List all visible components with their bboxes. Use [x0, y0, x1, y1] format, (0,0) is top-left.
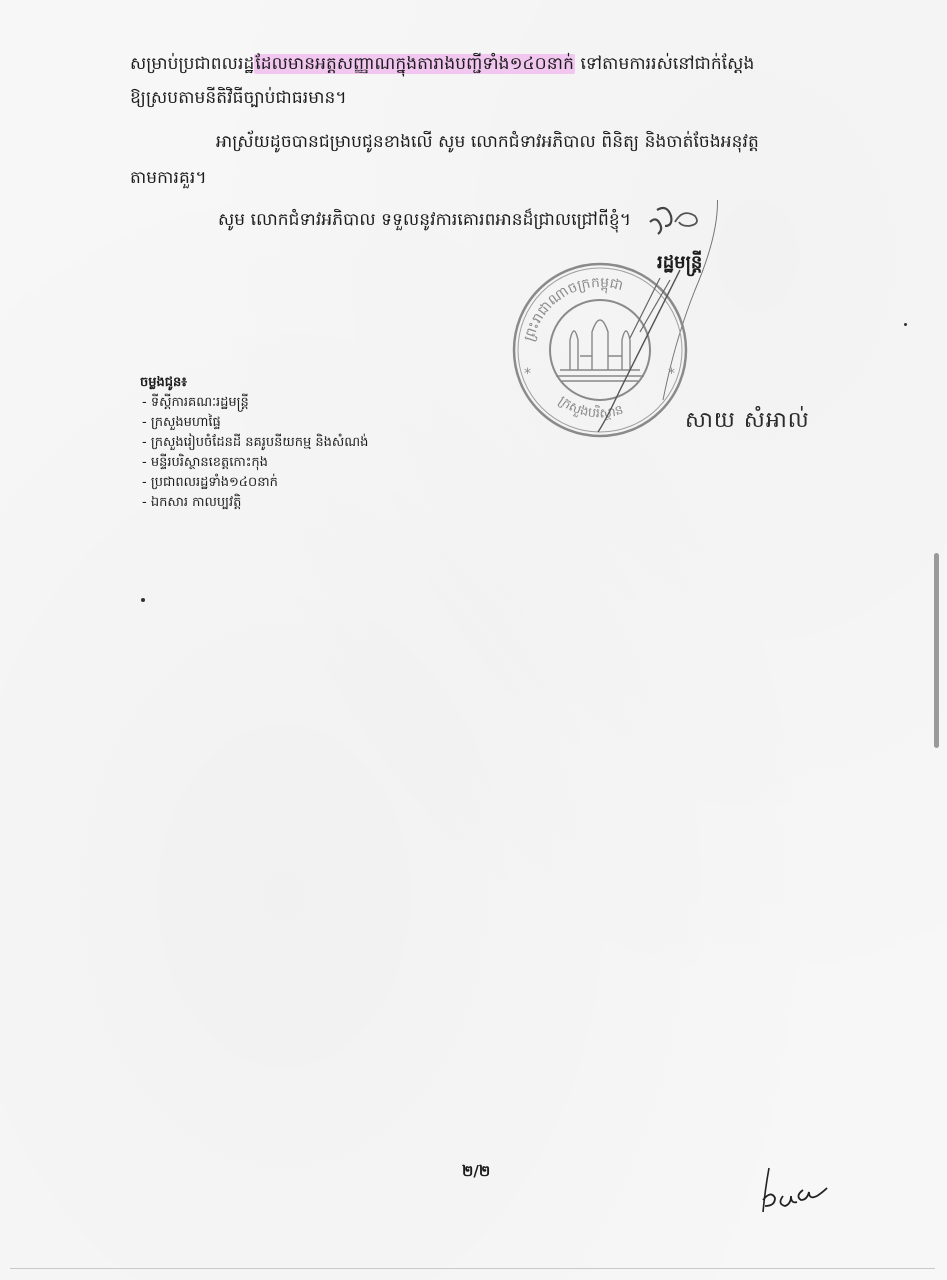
- closing-salutation: សូម លោកជំទាវអភិបាល ទទួលនូវការគោរពអានដ៏ជ្…: [218, 208, 631, 232]
- svg-text:*: *: [668, 366, 675, 382]
- paragraph-1-line-1: សម្រាប់ប្រជាពលរដ្ឋដែលមានអត្តសញ្ញាណក្នុងត…: [130, 52, 754, 76]
- scan-speck: [141, 598, 145, 602]
- scan-speck: [904, 323, 907, 326]
- paragraph-1-line-2: ឱ្យស្របតាមនីតិវិធីច្បាប់ជាធរមាន។: [130, 86, 347, 110]
- cc-list: ចម្លងជូន៖ - ទីស្តីការគណៈរដ្ឋមន្ត្រី - ក្…: [140, 373, 368, 513]
- cc-item: - មន្ទីរបរិស្ថានខេត្តកោះកុង: [140, 453, 368, 473]
- page-number: ២/២: [462, 1162, 490, 1184]
- svg-text:*: *: [524, 366, 531, 382]
- handwritten-initials-icon: [755, 1160, 845, 1220]
- text-segment: សម្រាប់ប្រជាពលរដ្ឋ: [130, 54, 254, 74]
- temple-emblem-icon: [556, 320, 644, 381]
- signatory-name: សាយ សំអាល់: [685, 406, 810, 438]
- vertical-scrollbar-thumb[interactable]: [934, 553, 939, 748]
- paragraph-2-line-2: តាមការគួរ។: [130, 166, 207, 190]
- document-page: សម្រាប់ប្រជាពលរដ្ឋដែលមានអត្តសញ្ញាណក្នុងត…: [0, 0, 947, 1280]
- cc-item: - ក្រសួងរៀបចំដែនដី នគរូបនីយកម្ម និងសំណង់: [140, 433, 368, 453]
- cc-title: ចម្លងជូន៖: [140, 373, 368, 393]
- page-bottom-edge: [10, 1268, 935, 1269]
- highlighted-text: ដែលមានអត្តសញ្ញាណក្នុងតារាងបញ្ជីទាំង១៤០នា…: [254, 54, 575, 74]
- cc-item: - ប្រជាពលរដ្ឋទាំង១៤០នាក់: [140, 473, 368, 493]
- cc-item: - ទីស្តីការគណៈរដ្ឋមន្ត្រី: [140, 393, 368, 413]
- cc-item: - ក្រសួងមហាផ្ទៃ: [140, 413, 368, 433]
- official-seal-icon: ព្រះរាជាណាចក្រកម្ពុជា ក្រសួងបរិស្ថាន * *: [510, 260, 690, 440]
- cc-item: - ឯកសារ កាលប្បវត្តិ: [140, 493, 368, 513]
- paragraph-2-line-1: អាស្រ័យដូចបានជម្រាបជូនខាងលើ សូម លោកជំទាវ…: [216, 130, 759, 154]
- text-segment: ទៅតាមការរស់នៅជាក់ស្តែង: [575, 54, 754, 74]
